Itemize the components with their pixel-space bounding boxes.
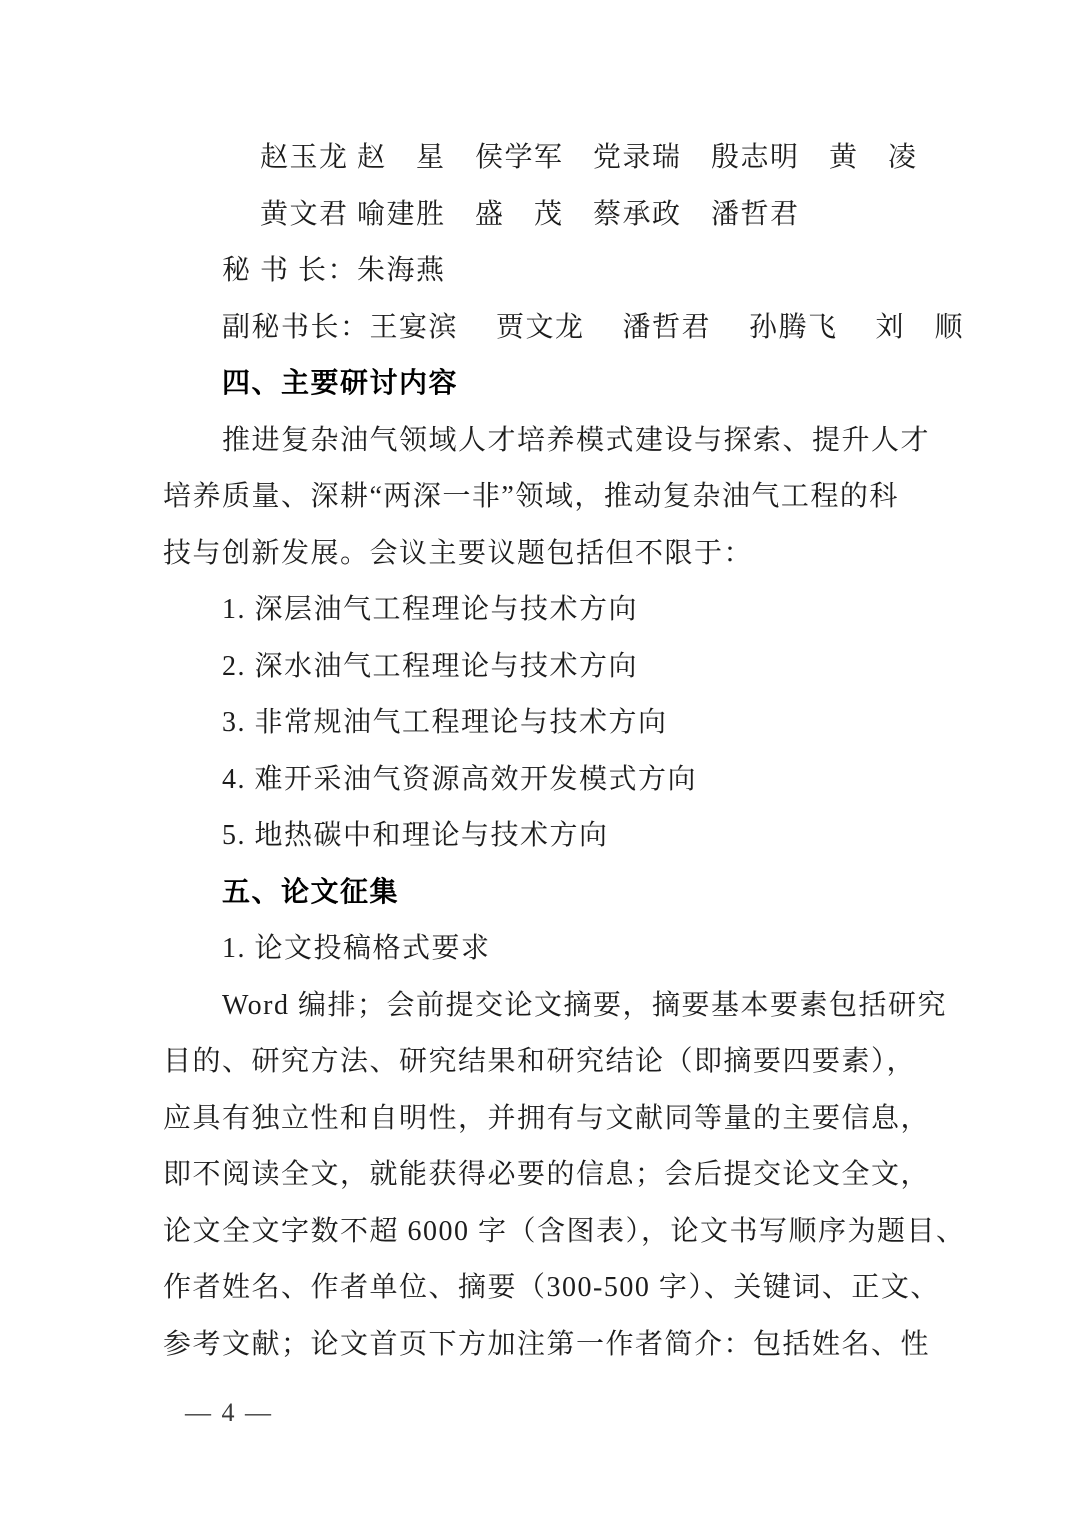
topic-item-2: 2. 深水油气工程理论与技术方向	[163, 639, 953, 696]
deputy-secretary-general-line: 副秘书长：王宴滨 贾文龙 潘哲君 孙腾飞 刘 顺	[163, 300, 953, 357]
section-5-heading: 五、论文征集	[163, 865, 953, 922]
section-5-body-line-5: 论文全文字数不超 6000 字（含图表），论文书写顺序为题目、	[163, 1204, 953, 1261]
section-4-intro-line-2: 培养质量、深耕“两深一非”领域，推动复杂油气工程的科	[163, 469, 953, 526]
section-5-body-line-2: 目的、研究方法、研究结果和研究结论（即摘要四要素），	[163, 1034, 953, 1091]
committee-members-line-1: 赵玉龙 赵 星 侯学军 党录瑞 殷志明 黄 凌	[163, 130, 953, 187]
page-number: — 4 —	[185, 1396, 273, 1430]
section-5-body-line-7: 参考文献；论文首页下方加注第一作者简介：包括姓名、性	[163, 1317, 953, 1374]
section-4-intro-line-3: 技与创新发展。会议主要议题包括但不限于：	[163, 526, 953, 583]
secretary-general-line: 秘 书 长：朱海燕	[163, 243, 953, 300]
section-5-body-line-4: 即不阅读全文，就能获得必要的信息；会后提交论文全文，	[163, 1147, 953, 1204]
topic-item-3: 3. 非常规油气工程理论与技术方向	[163, 695, 953, 752]
document-body: 赵玉龙 赵 星 侯学军 党录瑞 殷志明 黄 凌 黄文君 喻建胜 盛 茂 蔡承政 …	[163, 130, 953, 1373]
section-5-body-line-3: 应具有独立性和自明性，并拥有与文献同等量的主要信息，	[163, 1091, 953, 1148]
topic-item-1: 1. 深层油气工程理论与技术方向	[163, 582, 953, 639]
document-page: 赵玉龙 赵 星 侯学军 党录瑞 殷志明 黄 凌 黄文君 喻建胜 盛 茂 蔡承政 …	[0, 0, 1080, 1527]
section-5-body-line-6: 作者姓名、作者单位、摘要（300-500 字）、关键词、正文、	[163, 1260, 953, 1317]
committee-members-line-2: 黄文君 喻建胜 盛 茂 蔡承政 潘哲君	[163, 187, 953, 244]
section-4-intro-line-1: 推进复杂油气领域人才培养模式建设与探索、提升人才	[163, 413, 953, 470]
section-5-subheading: 1. 论文投稿格式要求	[163, 921, 953, 978]
topic-item-4: 4. 难开采油气资源高效开发模式方向	[163, 752, 953, 809]
section-5-body-line-1: Word 编排；会前提交论文摘要，摘要基本要素包括研究	[163, 978, 953, 1035]
section-4-heading: 四、主要研讨内容	[163, 356, 953, 413]
topic-item-5: 5. 地热碳中和理论与技术方向	[163, 808, 953, 865]
